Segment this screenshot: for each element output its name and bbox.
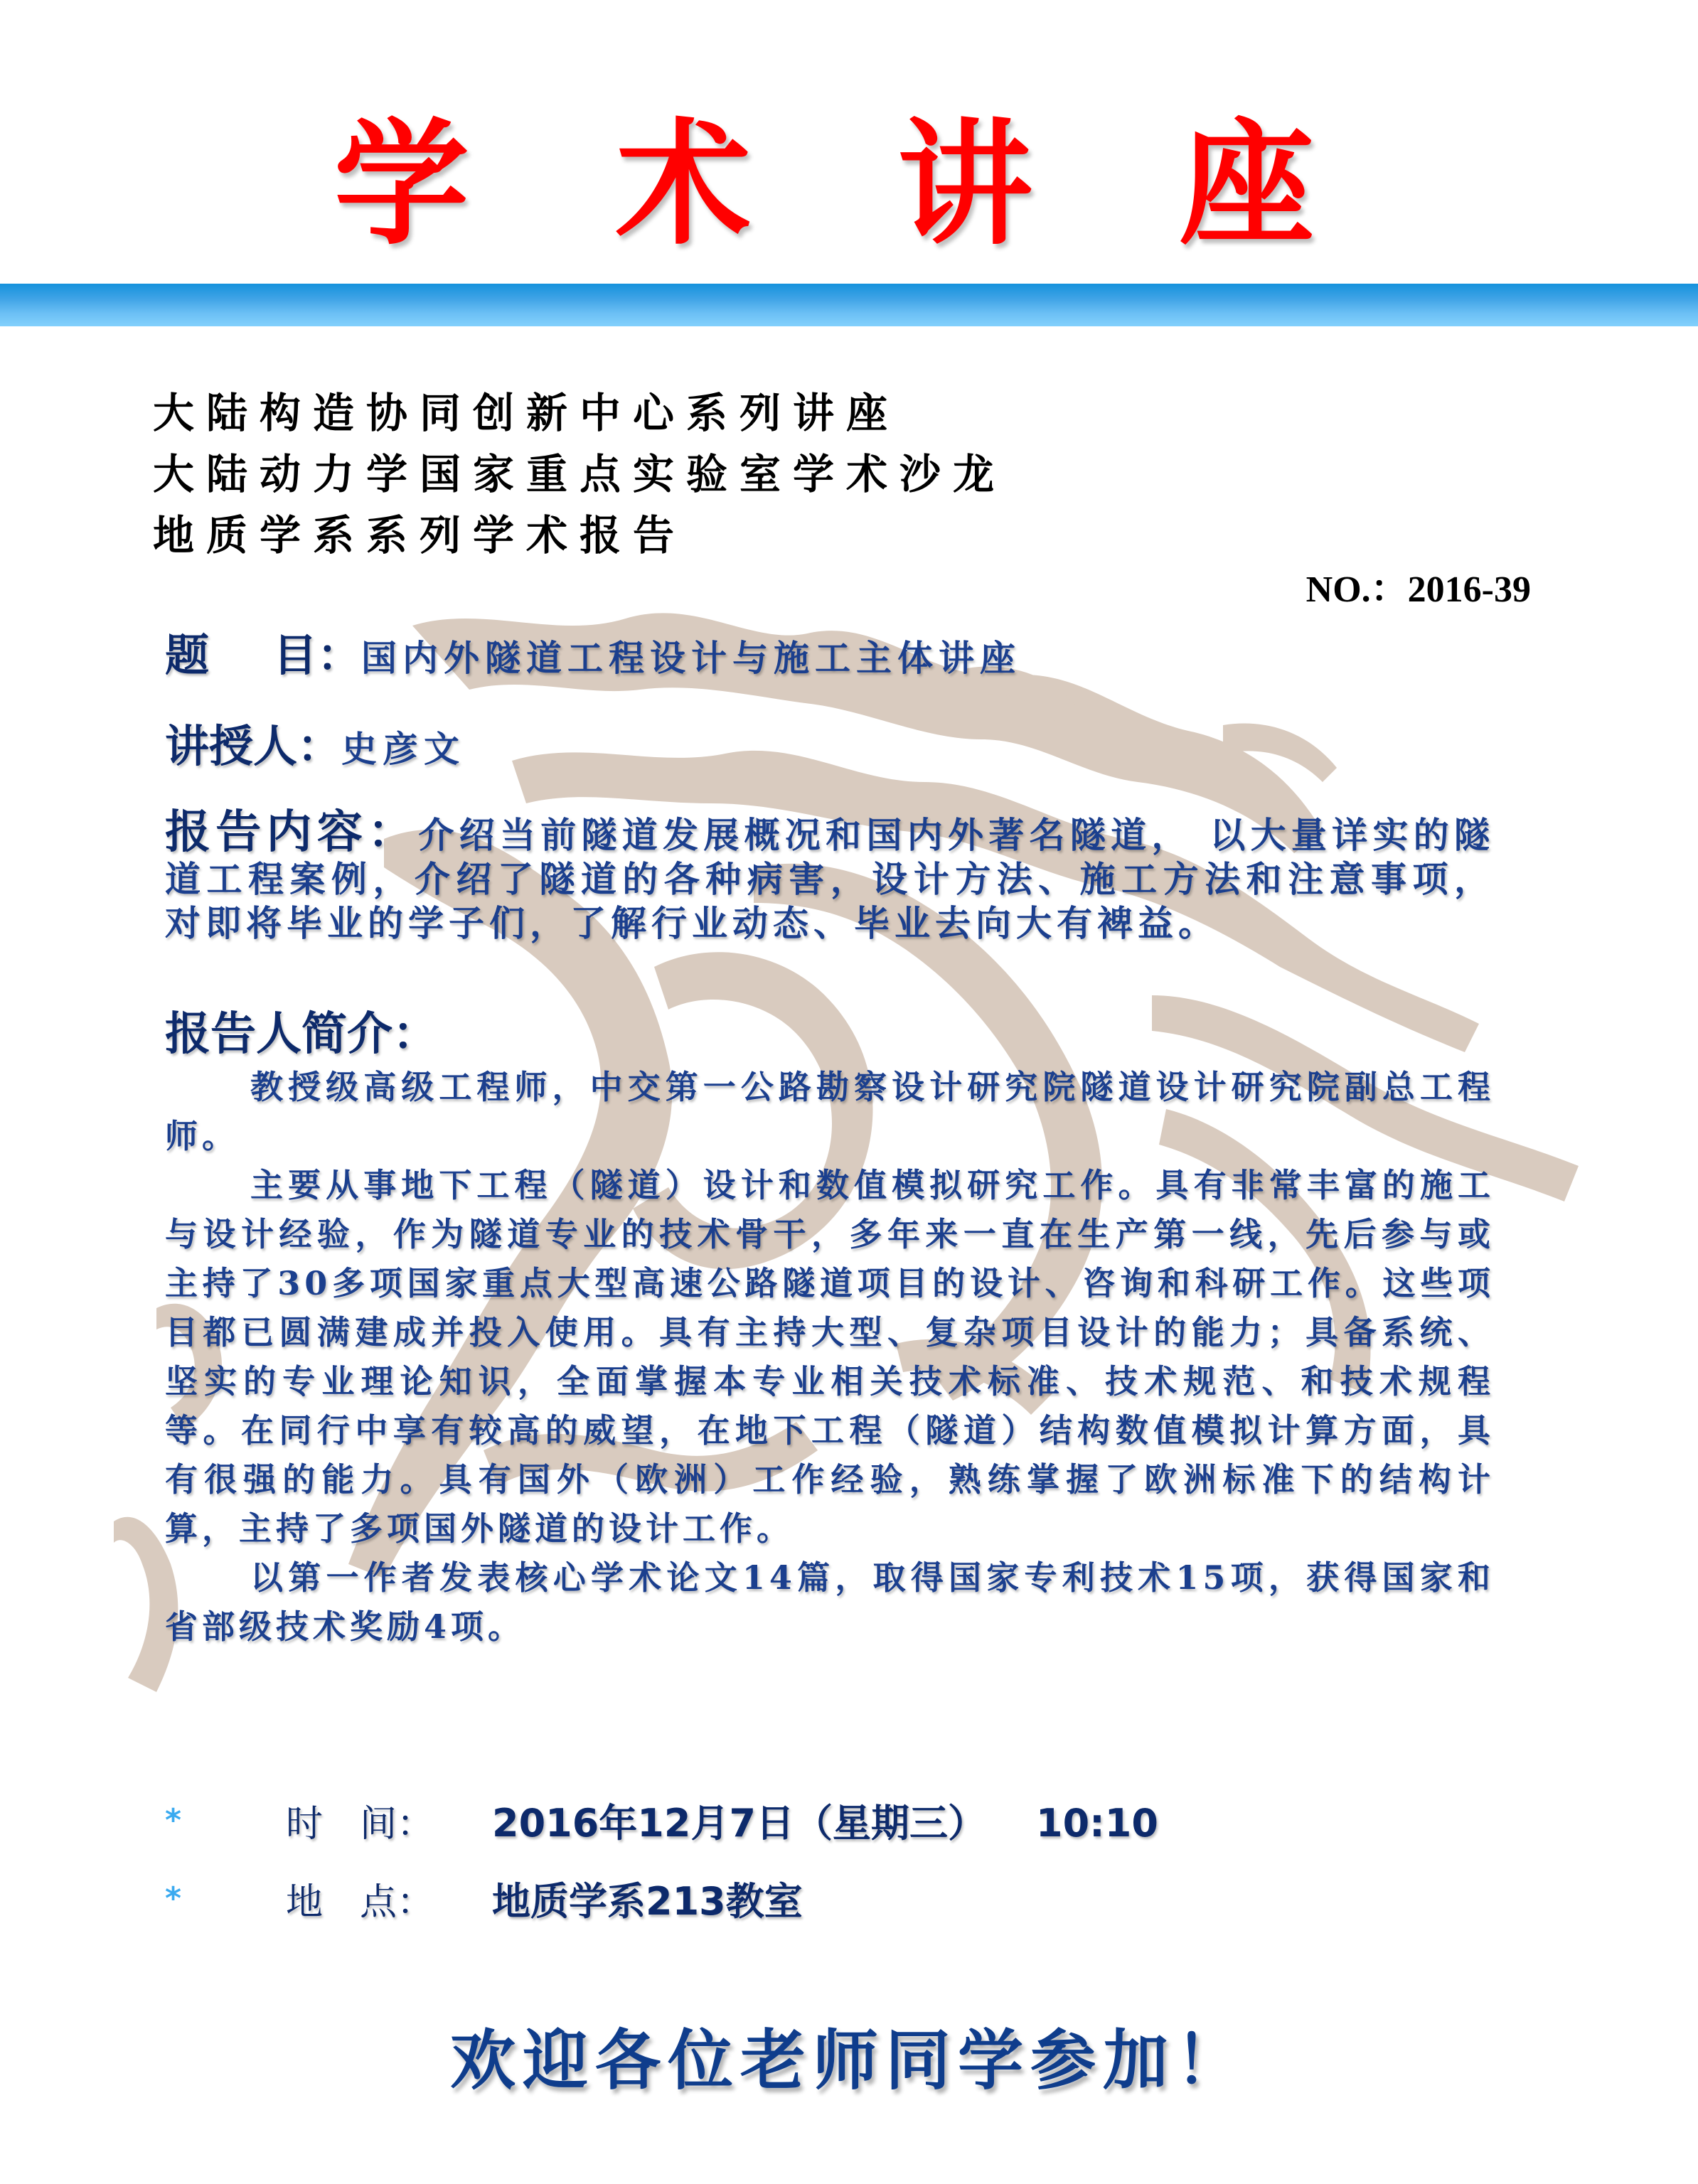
- event-info: * 时间： 2016年12月7日（星期三）10:10 * 地点： 地质学系213…: [165, 1781, 1158, 1937]
- lecture-number-label: NO.：: [1306, 569, 1408, 610]
- time-row: * 时间： 2016年12月7日（星期三）10:10: [165, 1781, 1158, 1859]
- bio-paragraph: 教授级高级工程师，中交第一公路勘察设计研究院隧道设计研究院副总工程师。: [165, 1063, 1495, 1161]
- asterisk-bullet-icon: *: [165, 1880, 286, 1917]
- series-line: 大陆构造协同创新中心系列讲座: [153, 382, 1006, 444]
- lecture-number: NO.：2016-39: [1306, 559, 1531, 612]
- report-row: 报告内容：介绍当前隧道发展概况和国内外著名隧道， 以大量详实的隧道工程案例，介绍…: [165, 810, 1495, 946]
- lecture-number-value: 2016-39: [1408, 569, 1531, 610]
- bio-section: 报告人简介： 教授级高级工程师，中交第一公路勘察设计研究院隧道设计研究院副总工程…: [165, 1006, 1495, 1652]
- speaker-name: 史彦文: [341, 728, 465, 770]
- topic-row: 题目：国内外隧道工程设计与施工主体讲座: [165, 620, 1021, 683]
- place-row: * 地点： 地质学系213教室: [165, 1859, 1158, 1937]
- welcome-message: 欢迎各位老师同学参加！: [0, 2008, 1698, 2102]
- event-clock: 10:10: [1036, 1801, 1158, 1846]
- bio-paragraph: 主要从事地下工程（隧道）设计和数值模拟研究工作。具有非常丰富的施工与设计经验，作…: [165, 1161, 1495, 1553]
- poster-title: 学 术 讲 座: [0, 107, 1698, 263]
- bio-paragraph: 以第一作者发表核心学术论文14篇，取得国家专利技术15项，获得国家和省部级技术奖…: [165, 1553, 1495, 1652]
- asterisk-bullet-icon: *: [165, 1802, 286, 1838]
- time-value: 2016年12月7日（星期三）10:10: [492, 1793, 1158, 1848]
- speaker-row: 讲授人：史彦文: [165, 711, 465, 774]
- time-label: 时间：: [286, 1794, 492, 1847]
- place-value: 地质学系213教室: [492, 1871, 803, 1926]
- series-list: 大陆构造协同创新中心系列讲座 大陆动力学国家重点实验室学术沙龙 地质学系系列学术…: [153, 382, 1006, 566]
- header-band: [0, 284, 1698, 326]
- bio-label: 报告人简介：: [165, 1006, 1495, 1063]
- topic-value: 国内外隧道工程设计与施工主体讲座: [361, 637, 1021, 679]
- series-line: 大陆动力学国家重点实验室学术沙龙: [153, 444, 1006, 505]
- series-line: 地质学系系列学术报告: [153, 505, 1006, 566]
- topic-label-b: 目：: [273, 629, 361, 681]
- report-label: 报告内容：: [165, 806, 418, 859]
- topic-label-a: 题: [165, 629, 209, 681]
- speaker-label: 讲授人：: [165, 720, 341, 772]
- place-label: 地点：: [286, 1872, 492, 1925]
- event-date: 2016年12月7日（星期三）: [492, 1801, 986, 1846]
